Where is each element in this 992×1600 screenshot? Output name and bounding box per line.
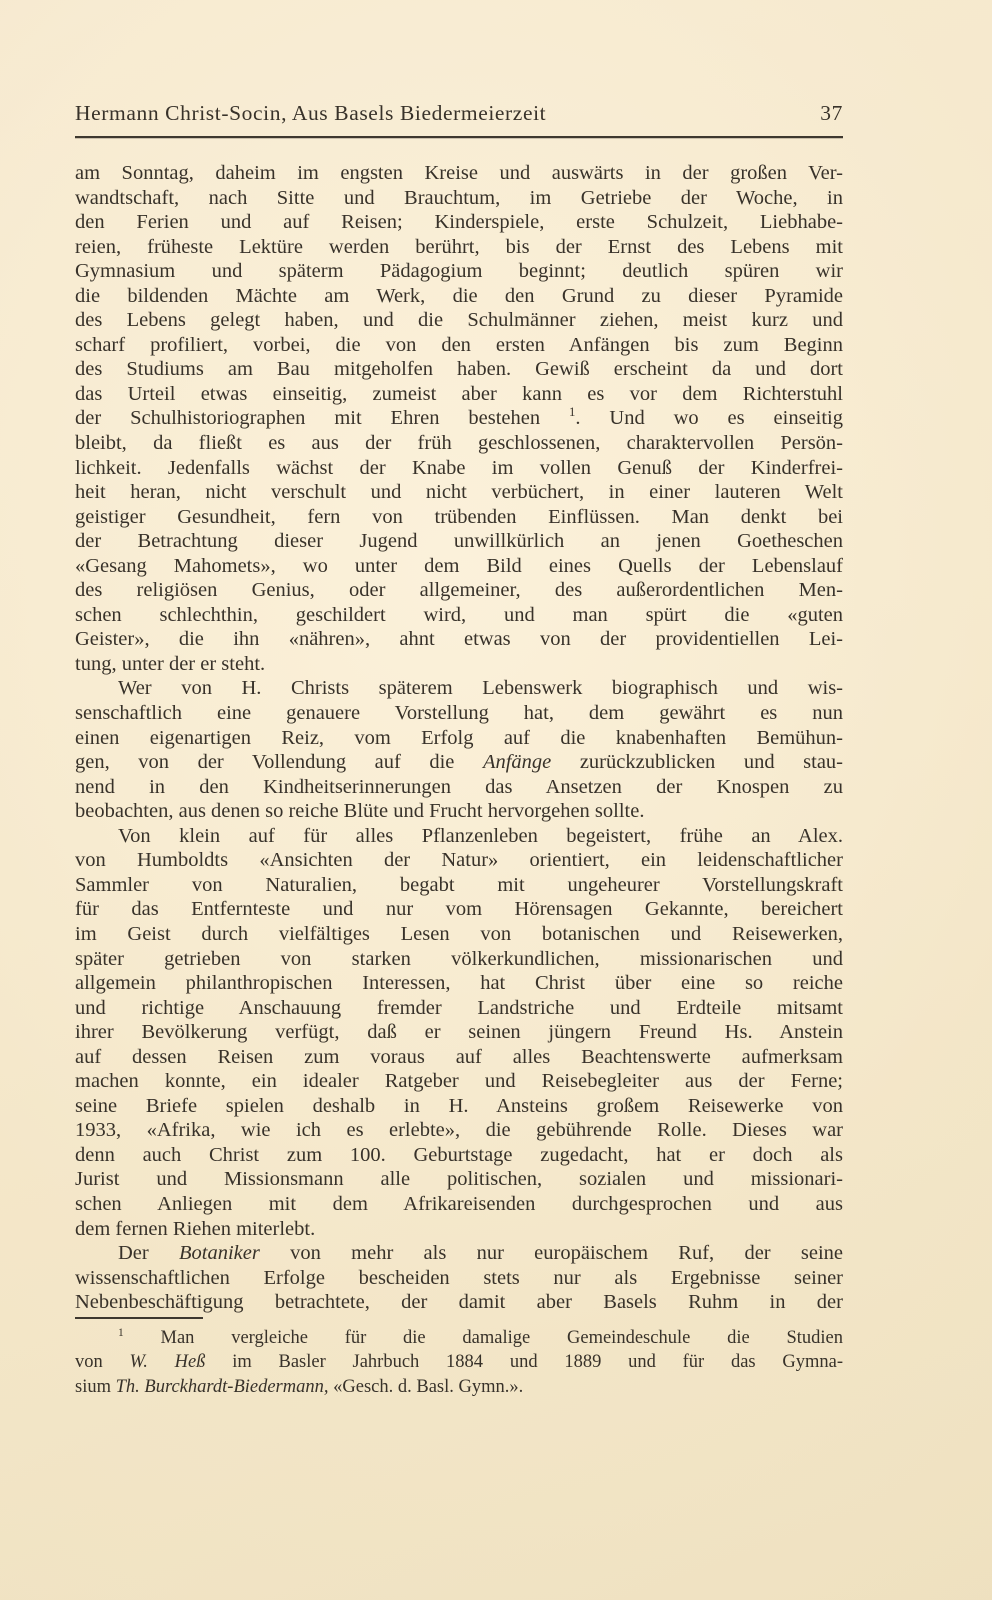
book-page: Hermann Christ-Socin, Aus Basels Biederm… <box>0 0 992 1600</box>
text-run: Man vergleiche für die damalige Gemeinde… <box>124 1328 843 1348</box>
text-run: «Gesch. d. Basl. Gymn.». <box>329 1377 524 1397</box>
text-line: wandtschaft, nach Sitte und Brauchtum, i… <box>75 186 843 211</box>
text-run: am Sonntag, daheim im engsten Kreise und… <box>75 162 843 184</box>
text-line: seine Briefe spielen deshalb in H. Anste… <box>75 1094 843 1119</box>
text-line: im Geist durch vielfältiges Lesen von bo… <box>75 922 843 947</box>
text-line: des Lebens gelegt haben, und die Schulmä… <box>75 308 843 333</box>
text-run: seine Briefe spielen deshalb in H. Anste… <box>75 1095 843 1117</box>
text-line: «Gesang Mahomets», wo unter dem Bild ein… <box>75 554 843 579</box>
text-line: Gymnasium und späterm Pädagogium beginnt… <box>75 259 843 284</box>
footnote-line: von W. Heß im Basler Jahrbuch 1884 und 1… <box>75 1350 843 1374</box>
text-run: schen Anliegen mit dem Afrikareisenden d… <box>75 1193 843 1215</box>
page-number: 37 <box>820 101 843 126</box>
text-line: Von klein auf für alles Pflanzenleben be… <box>75 824 843 849</box>
text-line: der Schulhistoriographen mit Ehren beste… <box>75 406 843 431</box>
body-text: am Sonntag, daheim im engsten Kreise und… <box>75 161 843 1315</box>
text-run: des Lebens gelegt haben, und die Schulmä… <box>75 309 843 331</box>
footnote: 1 Man vergleiche für die damalige Gemein… <box>75 1326 843 1399</box>
text-run: von Humboldts «Ansichten der Natur» orie… <box>75 849 843 871</box>
text-run: und richtige Anschauung fremder Landstri… <box>75 997 843 1019</box>
text-run: im Geist durch vielfältiges Lesen von bo… <box>75 923 843 945</box>
text-run: «Gesang Mahomets», wo unter dem Bild ein… <box>75 555 843 577</box>
italic-text: Anfänge <box>483 751 551 773</box>
text-run: Gymnasium und späterm Pädagogium beginnt… <box>75 260 843 282</box>
text-run: . Und wo es einseitig <box>575 407 843 429</box>
text-run: Von klein auf für alles Pflanzenleben be… <box>118 825 843 847</box>
text-run: machen konnte, ein idealer Ratgeber und … <box>75 1070 843 1092</box>
text-line: wissenschaftlichen Erfolge bescheiden st… <box>75 1266 843 1291</box>
text-line: allgemein philanthropischen Interessen, … <box>75 971 843 996</box>
footnote-line: sium Th. Burckhardt-Biedermann, «Gesch. … <box>75 1375 843 1399</box>
text-line: scharf profiliert, vorbei, die von den e… <box>75 333 843 358</box>
text-line: schen schlechthin, geschildert wird, und… <box>75 603 843 628</box>
text-run: reien, früheste Lektüre werden berührt, … <box>75 236 843 258</box>
text-line: der Betrachtung dieser Jugend unwillkürl… <box>75 529 843 554</box>
text-run: des Studiums am Bau mitgeholfen haben. G… <box>75 358 843 380</box>
text-run: lichkeit. Jedenfalls wächst der Knabe im… <box>75 457 843 479</box>
running-title: Hermann Christ-Socin, Aus Basels Biederm… <box>75 101 546 126</box>
text-line: heit heran, nicht verschult und nicht ve… <box>75 480 843 505</box>
text-run: der Betrachtung dieser Jugend unwillkürl… <box>75 530 843 552</box>
text-run: der Schulhistoriographen mit Ehren beste… <box>75 407 569 429</box>
footnote-rule <box>75 1317 203 1319</box>
text-run: dem fernen Riehen miterlebt. <box>75 1218 315 1240</box>
text-line: dem fernen Riehen miterlebt. <box>75 1217 843 1242</box>
text-line: senschaftlich eine genauere Vorstellung … <box>75 701 843 726</box>
text-line: den Ferien und auf Reisen; Kinderspiele,… <box>75 210 843 235</box>
text-line: nend in den Kindheitserinnerungen das An… <box>75 775 843 800</box>
text-run: senschaftlich eine genauere Vorstellung … <box>75 702 843 724</box>
text-line: und richtige Anschauung fremder Landstri… <box>75 996 843 1021</box>
text-line: die bildenden Mächte am Werk, die den Gr… <box>75 284 843 309</box>
text-run: die bildenden Mächte am Werk, die den Gr… <box>75 285 843 307</box>
text-run: gen, von der Vollendung auf die <box>75 751 483 773</box>
italic-text: W. Heß <box>130 1352 206 1372</box>
text-line: reien, früheste Lektüre werden berührt, … <box>75 235 843 260</box>
text-run: denn auch Christ zum 100. Geburtstage zu… <box>75 1144 843 1166</box>
text-run: Jurist und Missionsmann alle politischen… <box>75 1168 843 1190</box>
text-run: allgemein philanthropischen Interessen, … <box>75 972 843 994</box>
text-line: das Urteil etwas einseitig, zumeist aber… <box>75 382 843 407</box>
text-run: einen eigenartigen Reiz, vom Erfolg auf … <box>75 727 843 749</box>
text-run: von <box>75 1352 130 1372</box>
text-run: Sammler von Naturalien, begabt mit ungeh… <box>75 874 843 896</box>
page-header: Hermann Christ-Socin, Aus Basels Biederm… <box>75 101 843 126</box>
paragraph: Von klein auf für alles Pflanzenleben be… <box>75 824 843 1241</box>
text-run: beobachten, aus denen so reiche Blüte un… <box>75 800 644 822</box>
text-run: Nebenbeschäftigung betrachtete, der dami… <box>75 1291 843 1313</box>
text-line: auf dessen Reisen zum voraus auf alles B… <box>75 1045 843 1070</box>
paragraph: Der Botaniker von mehr als nur europäisc… <box>75 1241 843 1315</box>
text-line: später getrieben von starken völkerkundl… <box>75 947 843 972</box>
footnote-line: 1 Man vergleiche für die damalige Gemein… <box>75 1326 843 1350</box>
text-line: tung, unter der er steht. <box>75 652 843 677</box>
text-line: denn auch Christ zum 100. Geburtstage zu… <box>75 1143 843 1168</box>
text-line: Der Botaniker von mehr als nur europäisc… <box>75 1241 843 1266</box>
text-line: am Sonntag, daheim im engsten Kreise und… <box>75 161 843 186</box>
italic-text: Th. Burckhardt-Biedermann, <box>116 1377 329 1397</box>
text-run: Der <box>118 1242 179 1264</box>
text-run: später getrieben von starken völkerkundl… <box>75 948 843 970</box>
text-run: Wer von H. Christs späterem Lebenswerk b… <box>118 677 843 699</box>
text-line: Nebenbeschäftigung betrachtete, der dami… <box>75 1290 843 1315</box>
text-run: sium <box>75 1377 116 1397</box>
text-line: 1933, «Afrika, wie ich es erlebte», die … <box>75 1118 843 1143</box>
text-run: ihrer Bevölkerung verfügt, daß er seinen… <box>75 1021 843 1043</box>
text-line: machen konnte, ein idealer Ratgeber und … <box>75 1069 843 1094</box>
text-line: des religiösen Genius, oder allgemeiner,… <box>75 578 843 603</box>
text-run: tung, unter der er steht. <box>75 653 265 675</box>
text-line: beobachten, aus denen so reiche Blüte un… <box>75 799 843 824</box>
text-run: 1933, «Afrika, wie ich es erlebte», die … <box>75 1119 843 1141</box>
text-run: wissenschaftlichen Erfolge bescheiden st… <box>75 1267 843 1289</box>
text-run: von mehr als nur europäischem Ruf, der s… <box>260 1242 843 1264</box>
text-run: wandtschaft, nach Sitte und Brauchtum, i… <box>75 187 843 209</box>
text-line: geistiger Gesundheit, fern von trübenden… <box>75 505 843 530</box>
text-run: das Urteil etwas einseitig, zumeist aber… <box>75 383 843 405</box>
text-line: des Studiums am Bau mitgeholfen haben. G… <box>75 357 843 382</box>
text-line: einen eigenartigen Reiz, vom Erfolg auf … <box>75 726 843 751</box>
text-line: Wer von H. Christs späterem Lebenswerk b… <box>75 676 843 701</box>
text-line: für das Entfernteste und nur vom Hörensa… <box>75 897 843 922</box>
text-run: den Ferien und auf Reisen; Kinderspiele,… <box>75 211 843 233</box>
text-run: geistiger Gesundheit, fern von trübenden… <box>75 506 843 528</box>
text-run: auf dessen Reisen zum voraus auf alles B… <box>75 1046 843 1068</box>
text-line: ihrer Bevölkerung verfügt, daß er seinen… <box>75 1020 843 1045</box>
text-line: schen Anliegen mit dem Afrikareisenden d… <box>75 1192 843 1217</box>
text-run: zurückzublicken und stau- <box>551 751 843 773</box>
text-line: Geister», die ihn «nähren», ahnt etwas v… <box>75 627 843 652</box>
paragraph: am Sonntag, daheim im engsten Kreise und… <box>75 161 843 676</box>
text-run: Geister», die ihn «nähren», ahnt etwas v… <box>75 628 843 650</box>
text-run: für das Entfernteste und nur vom Hörensa… <box>75 898 843 920</box>
text-run: bleibt, da fließt es aus der früh geschl… <box>75 432 843 454</box>
paragraph: Wer von H. Christs späterem Lebenswerk b… <box>75 676 843 823</box>
text-line: Sammler von Naturalien, begabt mit ungeh… <box>75 873 843 898</box>
text-run: im Basler Jahrbuch 1884 und 1889 und für… <box>205 1352 843 1372</box>
text-line: bleibt, da fließt es aus der früh geschl… <box>75 431 843 456</box>
text-run: nend in den Kindheitserinnerungen das An… <box>75 776 843 798</box>
text-run: des religiösen Genius, oder allgemeiner,… <box>75 579 843 601</box>
text-line: gen, von der Vollendung auf die Anfänge … <box>75 750 843 775</box>
header-rule <box>75 136 843 138</box>
text-run: schen schlechthin, geschildert wird, und… <box>75 604 843 626</box>
text-run: heit heran, nicht verschult und nicht ve… <box>75 481 843 503</box>
text-run: scharf profiliert, vorbei, die von den e… <box>75 334 843 356</box>
text-line: Jurist und Missionsmann alle politischen… <box>75 1167 843 1192</box>
italic-text: Botaniker <box>179 1242 260 1264</box>
text-line: von Humboldts «Ansichten der Natur» orie… <box>75 848 843 873</box>
text-line: lichkeit. Jedenfalls wächst der Knabe im… <box>75 456 843 481</box>
